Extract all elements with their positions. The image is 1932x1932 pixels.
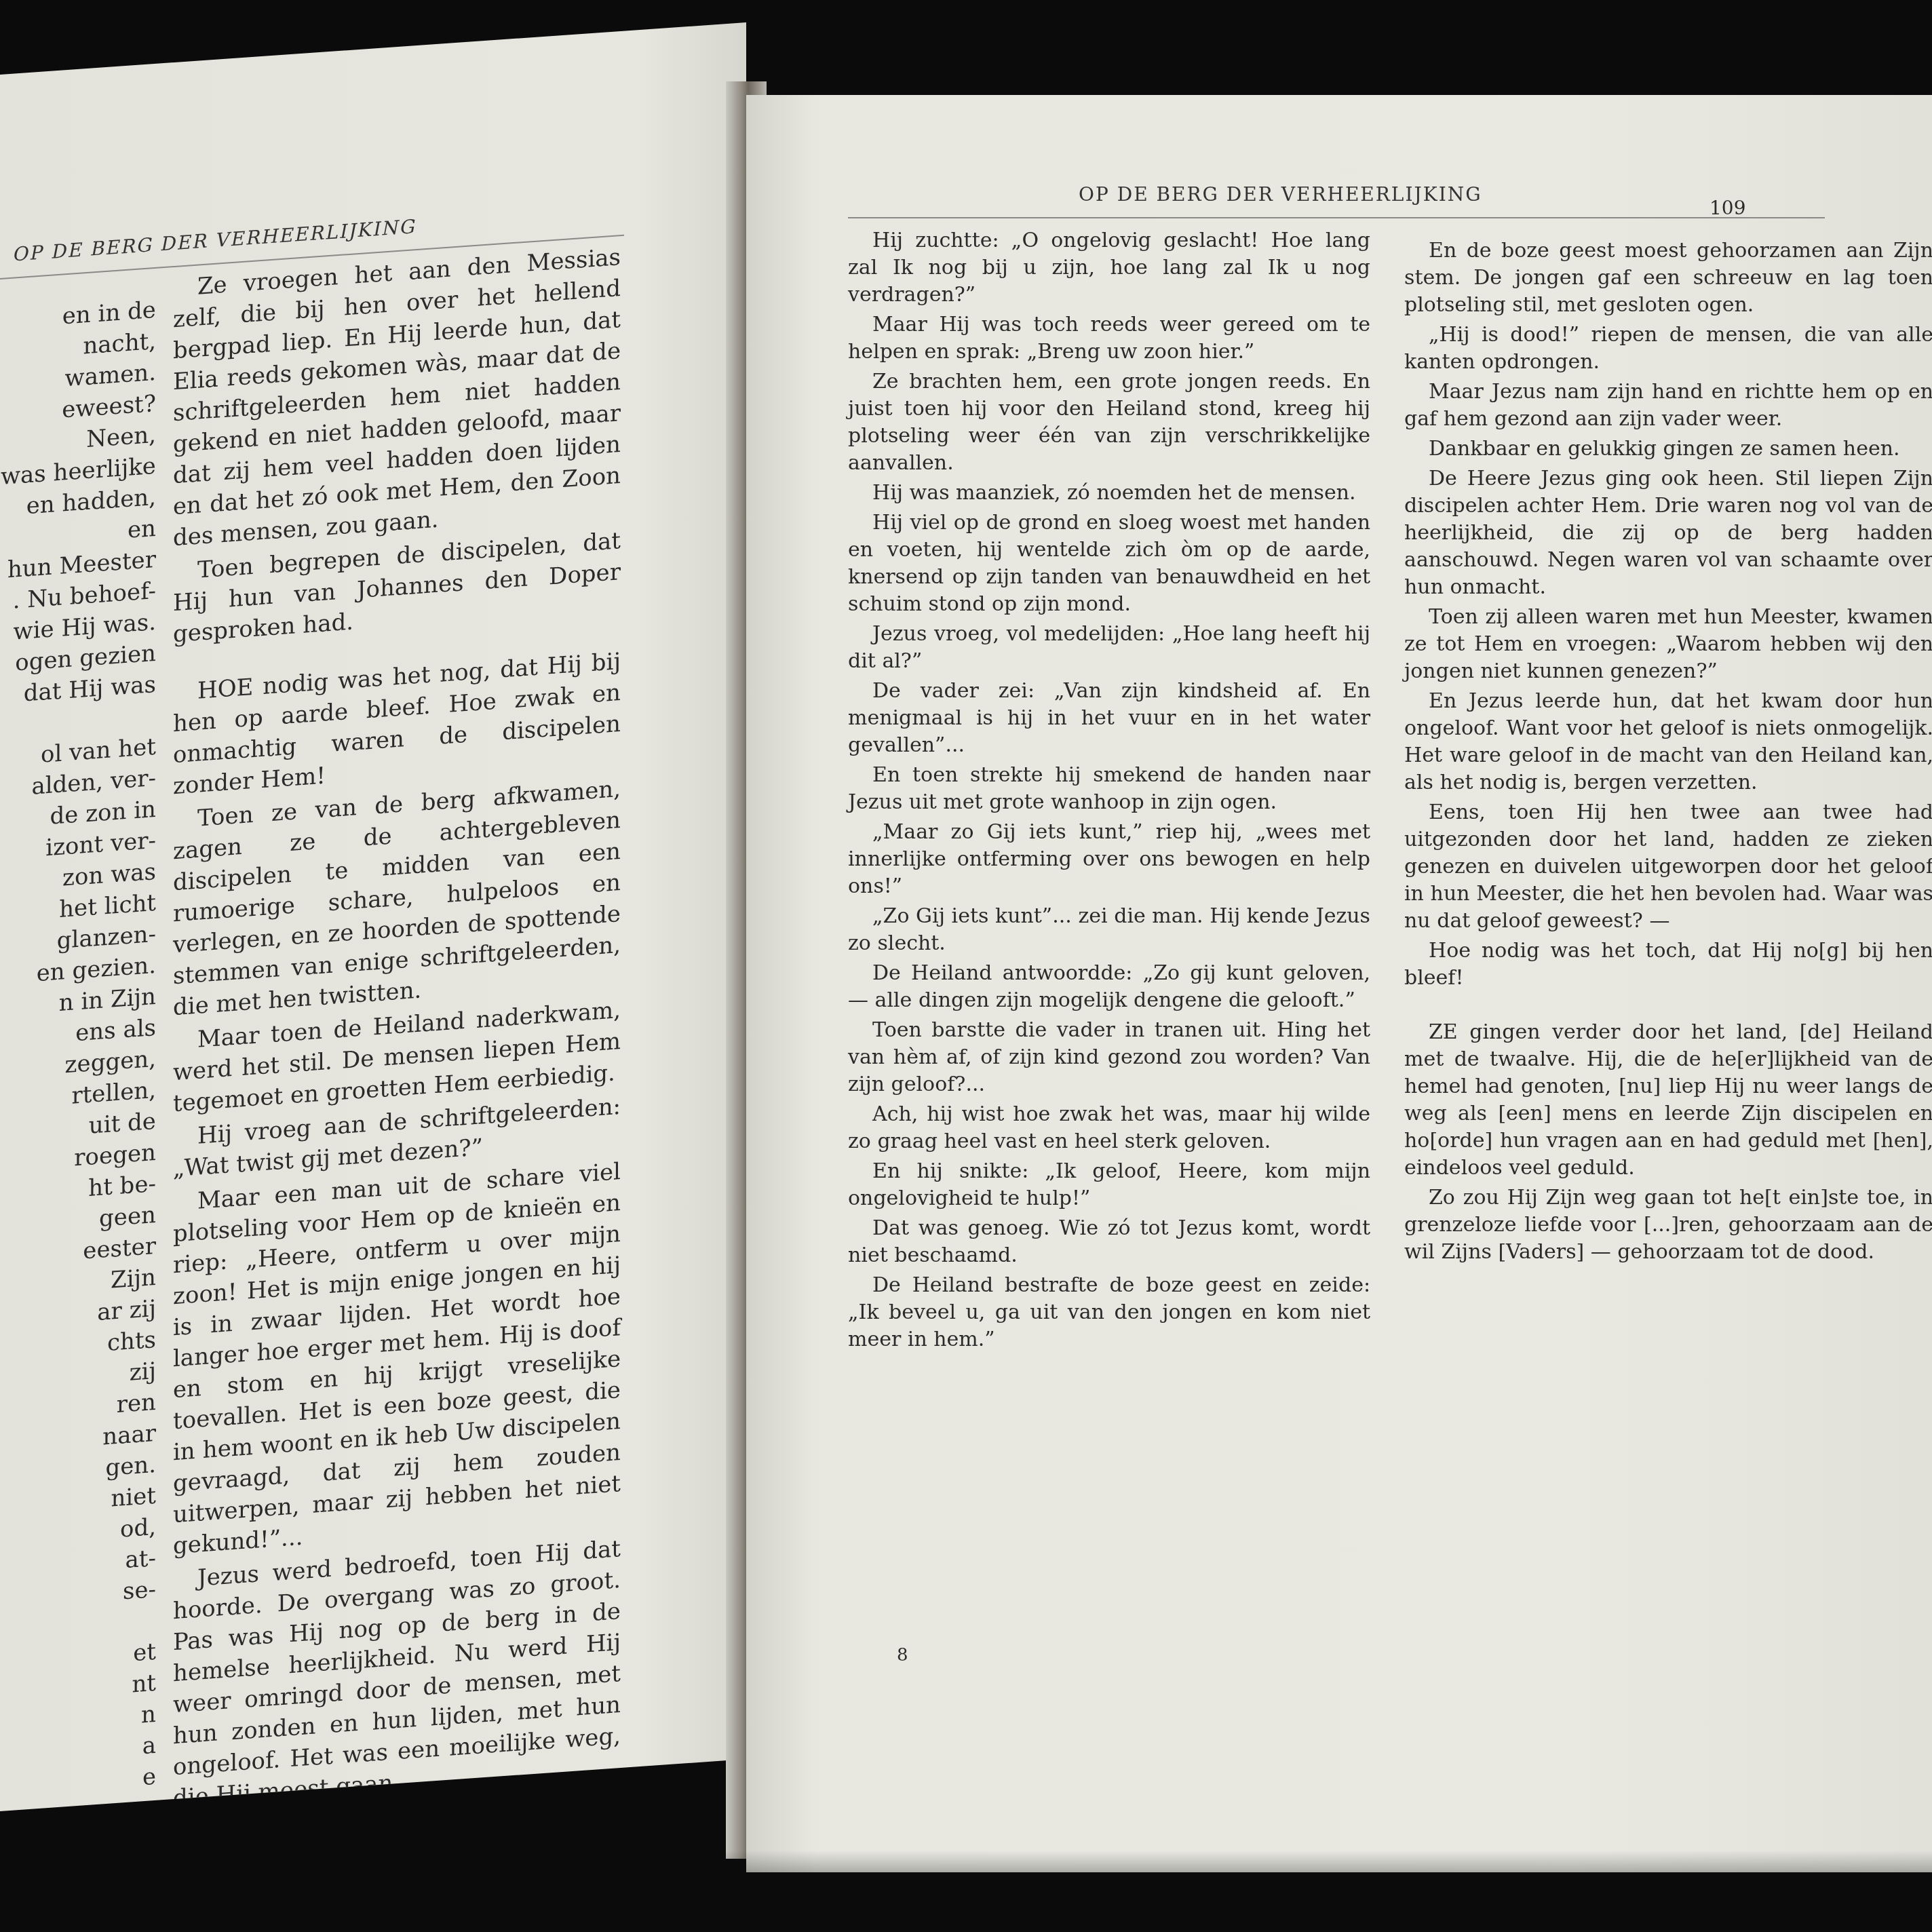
paragraph: Jezus vroeg, vol medelijden: „Hoe lang h…	[848, 621, 1370, 675]
paragraph: Hij was maanziek, zó noemden het de mens…	[848, 480, 1370, 507]
paragraph: Toen ze van de berg afkwamen, zagen ze d…	[173, 773, 621, 1023]
left-column-1: en in de nacht,wamen.eweest? Neen,was he…	[0, 294, 156, 1803]
signature-mark: 8	[897, 1645, 908, 1665]
paragraph: Dankbaar en gelukkig gingen ze samen hee…	[1404, 436, 1932, 463]
paragraph: En Jezus leerde hun, dat het kwam door h…	[1404, 688, 1932, 796]
text-line-fragment: en in de nacht,	[0, 294, 156, 368]
paragraph: Hij viel op de grond en sloeg woest met …	[848, 509, 1370, 618]
paragraph: Hij zuchtte: „O ongelovig geslacht! Hoe …	[848, 227, 1370, 309]
left-running-head: OP DE BERG DER VERHEERLIJKING	[14, 215, 417, 266]
paragraph: De Heiland bestrafte de boze geest en ze…	[848, 1272, 1370, 1353]
paragraph: Jezus werd bedroefd, toen Hij dat hoorde…	[173, 1533, 621, 1811]
paragraph: „Zo Gij iets kunt”... zei die man. Hij k…	[848, 903, 1370, 957]
paragraph: Toen barstte die vader in tranen uit. Hi…	[848, 1017, 1370, 1098]
text-line-fragment: en hadden, en	[0, 482, 156, 555]
right-column-2: En de boze geest moest gehoorzamen aan Z…	[1404, 237, 1932, 1269]
paragraph: Ze brachten hem, een grote jongen reeds.…	[848, 368, 1370, 477]
paragraph: Maar Jezus nam zijn hand en richtte hem …	[1404, 379, 1932, 433]
right-column-1: Hij zuchtte: „O ongelovig geslacht! Hoe …	[848, 227, 1370, 1356]
paragraph: Maar Hij was toch reeds weer gereed om t…	[848, 311, 1370, 366]
paragraph: Hoe nodig was het toch, dat Hij no[g] bi…	[1404, 938, 1932, 992]
right-head-rule	[848, 217, 1825, 218]
paragraph: ZE gingen verder door het land, [de] Hei…	[1404, 1019, 1932, 1182]
table-shadow	[0, 1851, 1932, 1932]
page-number: 109	[1709, 197, 1745, 219]
paragraph: Toen zij alleen waren met hun Meester, k…	[1404, 604, 1932, 685]
paragraph: De Heiland antwoordde: „Zo gij kunt gelo…	[848, 960, 1370, 1014]
paragraph: Maar een man uit de schare viel plotseli…	[173, 1156, 621, 1562]
paragraph: En toen strekte hij smekend de handen na…	[848, 762, 1370, 816]
paragraph: Dat was genoeg. Wie zó tot Jezus komt, w…	[848, 1215, 1370, 1269]
left-page: OP DE BERG DER VERHEERLIJKING en in de n…	[0, 22, 746, 1811]
paragraph: „Hij is dood!” riepen de mensen, die van…	[1404, 322, 1932, 376]
right-running-head: OP DE BERG DER VERHEERLIJKING	[1079, 183, 1482, 206]
paragraph: Eens, toen Hij hen twee aan twee had uit…	[1404, 799, 1932, 935]
right-page: OP DE BERG DER VERHEERLIJKING 109 Hij zu…	[746, 95, 1932, 1872]
paragraph: De vader zei: „Van zijn kindsheid af. En…	[848, 678, 1370, 759]
paragraph: Ze vroegen het aan den Messias zelf, die…	[173, 241, 621, 554]
paragraph: En de boze geest moest gehoorzamen aan Z…	[1404, 237, 1932, 319]
paragraph: En hij snikte: „Ik geloof, Heere, kom mi…	[848, 1158, 1370, 1212]
paragraph: Ach, hij wist hoe zwak het was, maar hij…	[848, 1101, 1370, 1155]
paragraph: De Heere Jezus ging ook heen. Stil liepe…	[1404, 465, 1932, 601]
paragraph: „Maar zo Gij iets kunt,” riep hij, „wees…	[848, 819, 1370, 900]
left-column-2: Ze vroegen het aan den Messias zelf, die…	[173, 241, 621, 1811]
text-line-fragment: eweest? Neen,	[0, 388, 156, 461]
paragraph: Zo zou Hij Zijn weg gaan tot he[t ein]st…	[1404, 1184, 1932, 1266]
